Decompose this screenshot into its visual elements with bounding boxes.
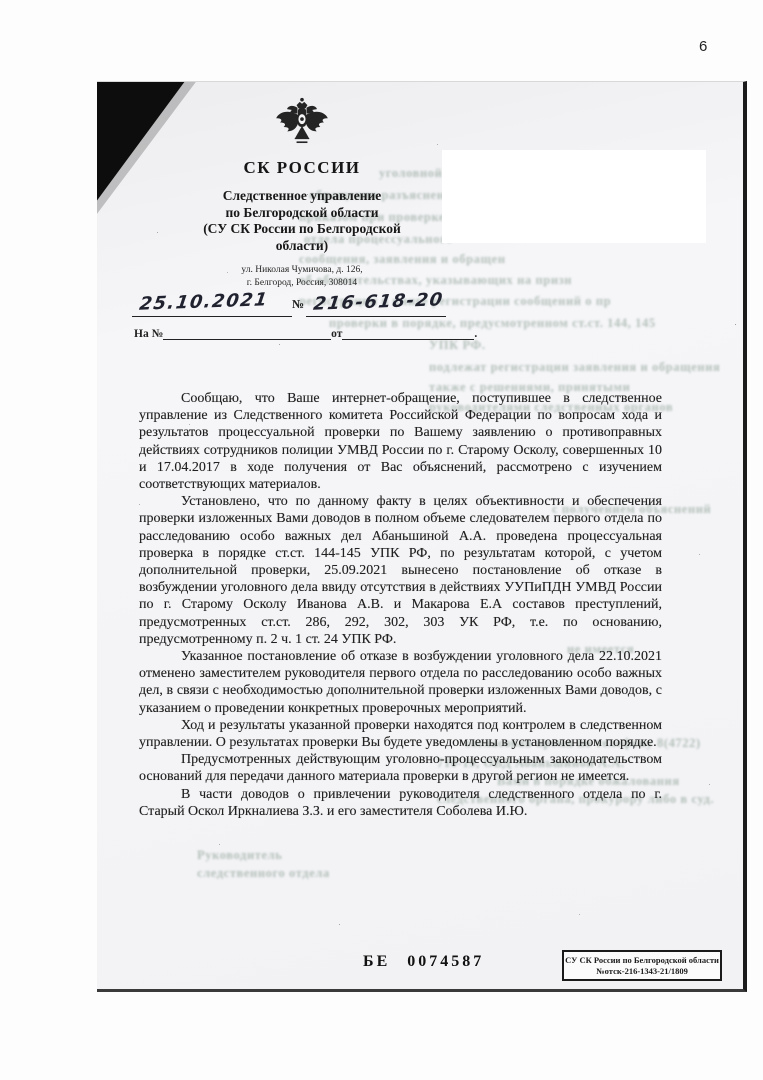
- body-paragraph: Сообщаю, что Ваше интернет-обращение, по…: [139, 390, 662, 493]
- body-paragraph: Предусмотренных действующим уголовно-про…: [139, 751, 662, 785]
- date-underline: 25.10.2021: [132, 294, 292, 317]
- screenshot-canvas: 6 уголовной ответственности за обращении…: [0, 0, 763, 1080]
- bleedthrough-text: подлежат регистрации заявления и обращен…: [429, 360, 720, 375]
- form-number: БЕ 0074587: [363, 953, 484, 971]
- body-paragraph: Установлено, что по данному факту в целя…: [139, 493, 662, 648]
- body-paragraph: Указанное постановление об отказе в возб…: [139, 648, 662, 717]
- page-number: 6: [699, 38, 707, 55]
- scan-noise-speckles: [97, 82, 98, 83]
- registration-stamp: СУ СК России по Белгородской области №от…: [562, 950, 722, 981]
- department-line: Следственное управление: [132, 188, 472, 205]
- bleedthrough-text: следственного отдела: [197, 866, 330, 881]
- ref-label: На №: [134, 328, 163, 340]
- ref-blank: [163, 326, 331, 340]
- department-line: области): [132, 238, 472, 255]
- bleedthrough-text: Руководитель: [197, 848, 282, 863]
- number-sign: №: [292, 297, 304, 317]
- redaction-box: [442, 150, 706, 243]
- department-name: Следственное управление по Белгородской …: [132, 188, 472, 254]
- address-line: ул. Николая Чумичова, д. 126,: [132, 264, 472, 277]
- date-number-line: 25.10.2021№216-618-20: [132, 294, 492, 317]
- department-line: по Белгородской области: [132, 205, 472, 222]
- handwritten-number: 216-618-20: [306, 289, 445, 315]
- stamp-line: СУ СК России по Белгородской области: [564, 955, 720, 966]
- number-underline: 216-618-20: [306, 294, 446, 317]
- organization-title: СК РОССИИ: [132, 158, 472, 178]
- body-paragraph: В части доводов о привлечении руководите…: [139, 786, 662, 820]
- stamp-line: №отск-216-1343-21/1809: [564, 966, 720, 977]
- scanned-letter-page: уголовной ответственности за обращении р…: [97, 81, 747, 992]
- ref-from-blank: [342, 326, 474, 340]
- address-block: ул. Николая Чумичова, д. 126, г. Белгоро…: [132, 264, 472, 289]
- address-line: г. Белгород, Россия, 308014: [132, 277, 472, 290]
- body-paragraph: Ход и результаты указанной проверки нахо…: [139, 717, 662, 751]
- reference-line: На №от.: [134, 326, 477, 340]
- ref-end: .: [474, 328, 477, 340]
- department-line: (СУ СК России по Белгородской: [132, 221, 472, 238]
- letter-body: Сообщаю, что Ваше интернет-обращение, по…: [139, 390, 662, 820]
- bleedthrough-text: УПК РФ.: [429, 338, 486, 353]
- coat-of-arms-icon: [273, 96, 331, 154]
- handwritten-date: 25.10.2021: [132, 289, 270, 315]
- ref-from-label: от: [331, 328, 342, 340]
